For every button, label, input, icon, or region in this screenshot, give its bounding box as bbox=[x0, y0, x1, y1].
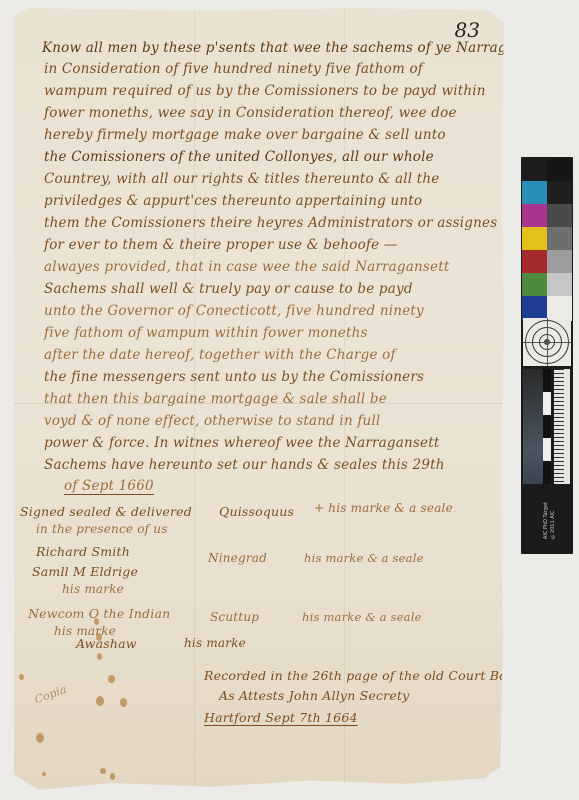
body-line: them the Comissioners theire heyres Admi… bbox=[44, 215, 497, 231]
ink-stain bbox=[19, 674, 24, 680]
body-line: the Comissioners of the united Collonyes… bbox=[44, 149, 434, 165]
date-line: of Sept 1660 bbox=[64, 478, 154, 495]
witness-mark: his marke bbox=[184, 636, 246, 650]
body-line: Sachems shall well & truely pay or cause… bbox=[44, 281, 413, 297]
body-line: alwayes provided, that in case wee the s… bbox=[44, 259, 449, 275]
ruler-scale bbox=[554, 369, 570, 484]
body-line: wampum required of us by the Comissioner… bbox=[44, 83, 486, 99]
color-swatch-cyan bbox=[522, 181, 547, 206]
sachem-mark: + his marke & a seale bbox=[314, 501, 453, 515]
color-calibration-target: AIC PhD Target ©2011 AIC bbox=[521, 157, 573, 554]
target-label-line: AIC PhD Target bbox=[543, 502, 550, 539]
color-swatch bbox=[522, 158, 547, 183]
record-note-line: Recorded in the 26th page of the old Cou… bbox=[204, 668, 530, 683]
body-line: Sachems have hereunto set our hands & se… bbox=[44, 457, 445, 473]
sachem-mark: his marke & a seale bbox=[304, 551, 424, 565]
bullseye-target-icon bbox=[523, 318, 571, 366]
presence-line: in the presence of us bbox=[36, 522, 168, 536]
gray-swatch bbox=[547, 273, 572, 298]
body-line: fower moneths, wee say in Consideration … bbox=[44, 105, 457, 121]
target-label: AIC PhD Target ©2011 AIC bbox=[543, 502, 573, 539]
body-line: Countrey, with all our rights & titles t… bbox=[44, 171, 440, 187]
body-line: after the date hereof, together with the… bbox=[44, 347, 396, 363]
body-line: five fathom of wampum within fower monet… bbox=[44, 325, 368, 341]
ink-stain bbox=[108, 675, 115, 683]
target-label-line: ©2011 AIC bbox=[550, 502, 557, 539]
manuscript-page: 83 Know all men by these p'sents that we… bbox=[14, 8, 504, 790]
signed-sealed-line: Signed sealed & delivered bbox=[20, 504, 192, 519]
witness-mark: his marke bbox=[62, 582, 124, 596]
checker-scale bbox=[543, 369, 551, 484]
sachem-signature: Ninegrad bbox=[208, 551, 267, 565]
ink-stain bbox=[110, 773, 115, 780]
witness-signature: Samll M Eldrige bbox=[32, 564, 138, 579]
gray-swatch bbox=[547, 227, 572, 252]
record-note-line: As Attests John Allyn Secrety bbox=[219, 688, 409, 703]
sachem-signature: Quissoquus bbox=[219, 504, 294, 519]
ink-stain bbox=[120, 698, 127, 707]
color-swatch-magenta bbox=[522, 204, 547, 229]
witness-signature: Newcom O the Indian bbox=[28, 606, 170, 621]
body-line: the fine messengers sent unto us by the … bbox=[44, 369, 424, 385]
ink-stain bbox=[36, 733, 44, 743]
gray-swatch bbox=[547, 204, 572, 229]
body-line: unto the Governor of Conecticott, five h… bbox=[44, 303, 424, 319]
gray-swatch bbox=[547, 158, 572, 183]
body-line: that then this bargaine mortgage & sale … bbox=[44, 391, 387, 407]
color-swatch-yellow bbox=[522, 227, 547, 252]
sachem-signature: Scuttup bbox=[210, 610, 259, 624]
body-line: power & force. In witnes whereof wee the… bbox=[44, 435, 440, 451]
gray-swatch bbox=[547, 181, 572, 206]
ink-stain bbox=[100, 768, 106, 774]
body-line: priviledges & appurt'ces thereunto apper… bbox=[44, 193, 422, 209]
color-swatch-red bbox=[522, 250, 547, 275]
sachem-mark: his marke & a seale bbox=[302, 610, 422, 624]
witness-signature: Richard Smith bbox=[36, 544, 130, 559]
margin-note: Copia bbox=[33, 683, 69, 707]
body-line: in Consideration of five hundred ninety … bbox=[44, 61, 423, 77]
body-line: voyd & of none effect, otherwise to stan… bbox=[44, 413, 380, 429]
page-number: 83 bbox=[455, 18, 480, 42]
body-line: for ever to them & theire proper use & b… bbox=[44, 237, 398, 253]
record-note-line: Hartford Sept 7th 1664 bbox=[204, 710, 358, 726]
ink-stain bbox=[96, 696, 104, 706]
ink-stain bbox=[94, 618, 99, 625]
ink-stain bbox=[42, 772, 46, 776]
color-swatch-green bbox=[522, 273, 547, 298]
witness-signature: Awashaw bbox=[76, 636, 137, 651]
ink-stain bbox=[96, 633, 102, 641]
body-line: hereby firmely mortgage make over bargai… bbox=[44, 127, 446, 143]
gray-gradient-strip bbox=[523, 369, 543, 484]
ink-stain bbox=[97, 653, 102, 660]
body-line: Know all men by these p'sents that wee t… bbox=[42, 40, 550, 56]
gray-swatch bbox=[547, 250, 572, 275]
